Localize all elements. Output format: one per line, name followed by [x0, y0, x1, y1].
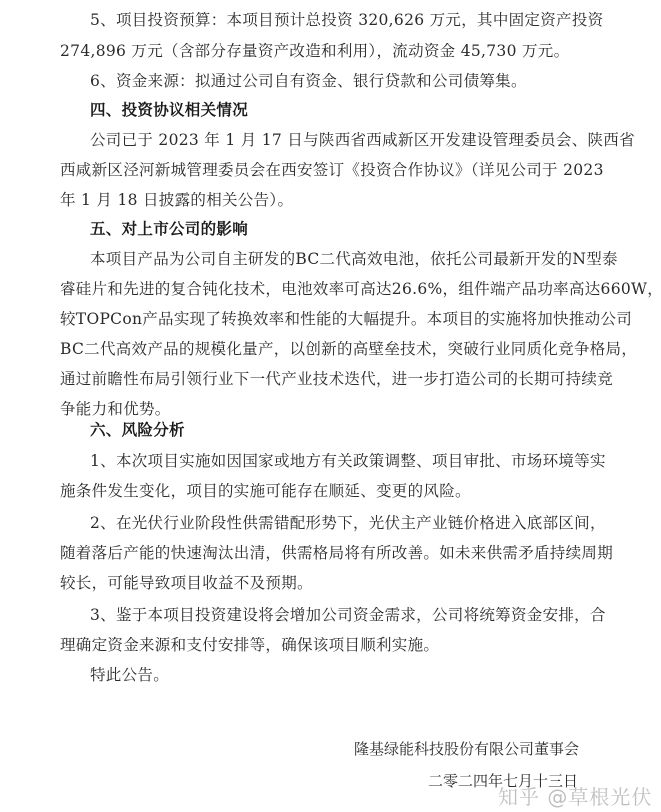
paragraph-line: BC二代高效产品的规模化量产，以创新的高壁垒技术，突破行业同质化竞争格局，	[60, 339, 637, 359]
paragraph-line: 较长，可能导致项目收益不及预期。	[60, 573, 313, 593]
paragraph-line: 公司已于 2023 年 1 月 17 日与陕西省西咸新区开发建设管理委员会、陕西…	[90, 130, 635, 150]
paragraph-line: 2、在光伏行业阶段性供需错配形势下，光伏主产业链价格进入底部区间，	[90, 513, 606, 533]
paragraph-line: 随着落后产能的快速淘汰出清，供需格局将有所改善。如未来供需矛盾持续周期	[60, 543, 613, 563]
item-6-funding-source: 6、资金来源：拟通过公司自有资金、银行贷款和公司债筹集。	[90, 71, 527, 91]
zhihu-watermark: 知乎 @草根光伏	[498, 781, 652, 810]
announcement-page: 5、项目投资预算：本项目预计总投资 320,626 万元，其中固定资产投资 27…	[0, 0, 661, 812]
paragraph-line: 争能力和优势。	[60, 399, 171, 419]
paragraph-line: 通过前瞻性布局引领行业下一代产业技术迭代，进一步打造公司的长期可持续竞	[60, 369, 613, 389]
section-heading-agreement: 四、投资协议相关情况	[90, 100, 248, 120]
paragraph-line: 施条件发生变化，项目的实施可能存在顺延、变更的风险。	[60, 481, 471, 501]
section-heading-impact: 五、对上市公司的影响	[90, 219, 248, 239]
item-5-budget-line-1: 5、项目投资预算：本项目预计总投资 320,626 万元，其中固定资产投资	[90, 10, 603, 30]
paragraph-line: 年 1 月 18 日披露的相关公告）。	[60, 190, 293, 210]
paragraph-line: 3、鉴于本项目投资建设将会增加公司资金需求，公司将统筹资金安排，合	[90, 605, 606, 625]
paragraph-line: 本项目产品为公司自主研发的BC二代高效电池，依托公司最新开发的N型泰	[90, 249, 618, 269]
paragraph-line: 睿硅片和先进的复合钝化技术，电池效率可高达26.6%，组件端产品功率高达660W…	[60, 279, 661, 299]
section-heading-risk: 六、风险分析	[90, 420, 185, 440]
paragraph-line: 较TOPCon产品实现了转换效率和性能的大幅提升。本项目的实施将加快推动公司	[60, 309, 632, 329]
item-5-budget-line-2: 274,896 万元（含部分存量资产改造和利用），流动资金 45,730 万元。	[60, 41, 569, 61]
paragraph-line: 西咸新区泾河新城管理委员会在西安签订《投资合作协议》（详见公司于 2023	[60, 160, 604, 180]
paragraph-line: 理确定资金来源和支付安排等，确保该项目顺利实施。	[60, 635, 439, 655]
signature-company: 隆基绿能科技股份有限公司董事会	[354, 739, 579, 759]
paragraph-line: 1、本次项目实施如因国家或地方有关政策调整、项目审批、市场环境等实	[90, 451, 606, 471]
closing-statement: 特此公告。	[90, 665, 169, 685]
